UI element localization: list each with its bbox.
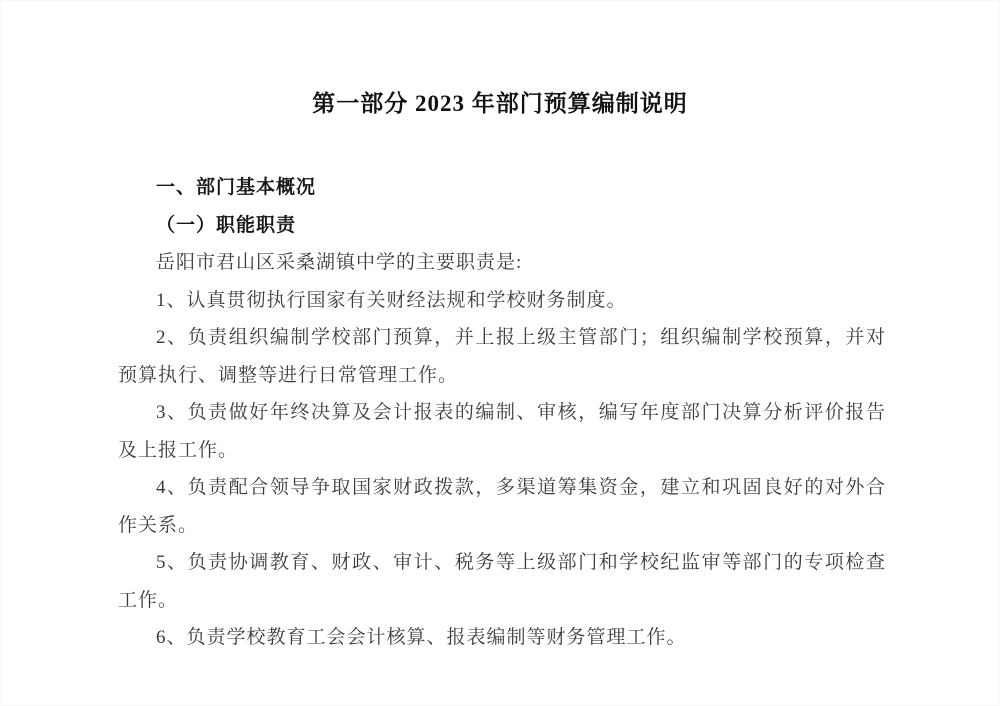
paragraph-duty-4: 4、负责配合领导争取国家财政拨款，多渠道筹集资金，建立和巩固良好的对外合作关系。: [118, 469, 886, 544]
section-heading-basic-overview: 一、部门基本概况: [118, 169, 886, 207]
paragraph-duty-2: 2、负责组织编制学校部门预算，并上报上级主管部门；组织编制学校预算，并对预算执行…: [118, 319, 886, 394]
paragraph-duty-6: 6、负责学校教育工会会计核算、报表编制等财务管理工作。: [118, 619, 886, 657]
paragraph-duty-3: 3、负责做好年终决算及会计报表的编制、审核，编写年度部门决算分析评价报告及上报工…: [118, 394, 886, 469]
document-title: 第一部分 2023 年部门预算编制说明: [0, 0, 1000, 120]
document-body: 一、部门基本概况 （一）职能职责 岳阳市君山区采桑湖镇中学的主要职责是: 1、认…: [118, 169, 886, 657]
subsection-heading-duties: （一）职能职责: [118, 207, 886, 245]
paragraph-intro: 岳阳市君山区采桑湖镇中学的主要职责是:: [118, 244, 886, 282]
document-page: 第一部分 2023 年部门预算编制说明 一、部门基本概况 （一）职能职责 岳阳市…: [0, 0, 1000, 706]
paragraph-duty-5: 5、负责协调教育、财政、审计、税务等上级部门和学校纪监审等部门的专项检查工作。: [118, 544, 886, 619]
paragraph-duty-1: 1、认真贯彻执行国家有关财经法规和学校财务制度。: [118, 282, 886, 320]
